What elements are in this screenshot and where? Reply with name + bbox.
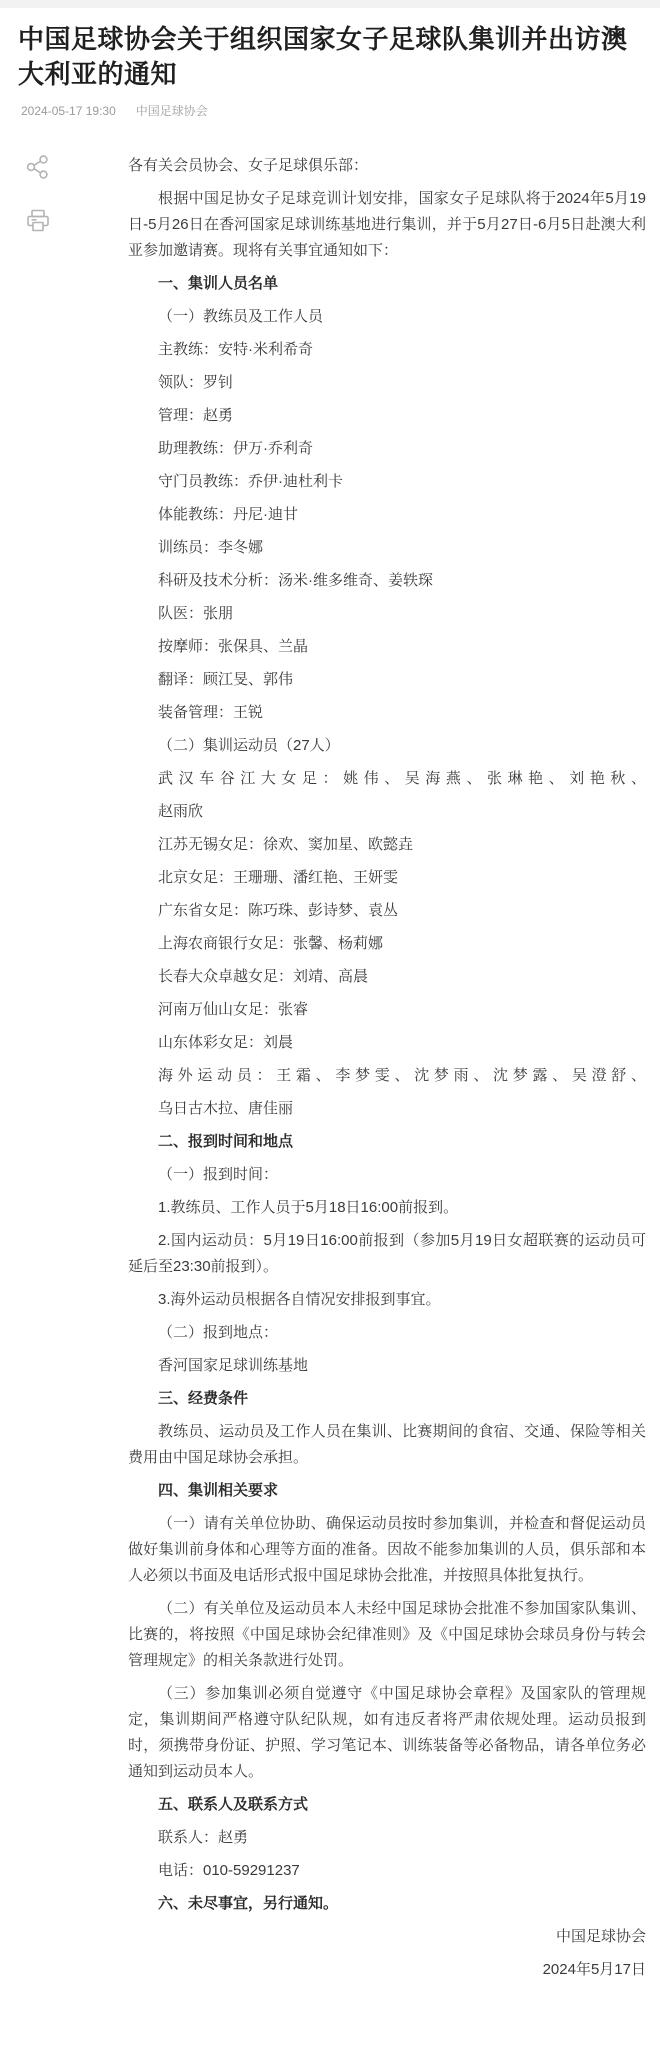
paragraph: 赵雨欣: [128, 799, 646, 825]
paragraph: 1.教练员、工作人员于5月18日16:00前报到。: [128, 1195, 646, 1221]
paragraph: 海外运动员：王霜、李梦雯、沈梦雨、沈梦露、吴澄舒、: [128, 1063, 646, 1089]
sub-heading: （一）教练员及工作人员: [128, 304, 646, 330]
sub-heading: （二）报到地点：: [128, 1320, 646, 1346]
section-heading: 一、集训人员名单: [128, 271, 646, 297]
print-button[interactable]: [24, 207, 52, 235]
paragraph: 队医：张朋: [128, 601, 646, 627]
paragraph: 按摩师：张保具、兰晶: [128, 634, 646, 660]
action-rail: [0, 153, 128, 2046]
paragraph: 领队：罗钊: [128, 370, 646, 396]
article-body-row: 各有关会员协会、女子足球俱乐部：根据中国足协女子足球竞训计划安排，国家女子足球队…: [0, 153, 660, 2046]
paragraph: 乌日古木拉、唐佳丽: [128, 1096, 646, 1122]
paragraph: 香河国家足球训练基地: [128, 1353, 646, 1379]
paragraph: 科研及技术分析：汤米·维多维奇、姜轶琛: [128, 568, 646, 594]
paragraph: 教练员、运动员及工作人员在集训、比赛期间的食宿、交通、保险等相关费用由中国足球协…: [128, 1419, 646, 1471]
paragraph: 长春大众卓越女足：刘靖、高晨: [128, 964, 646, 990]
signature-line: 中国足球协会: [128, 1924, 646, 1950]
paragraph: 守门员教练：乔伊·迪杜利卡: [128, 469, 646, 495]
share-icon: [24, 153, 52, 181]
paragraph: （三）参加集训必须自觉遵守《中国足球协会章程》及国家队的管理规定，集训期间严格遵…: [128, 1681, 646, 1785]
share-button[interactable]: [24, 153, 52, 181]
paragraph: 武汉车谷江大女足：姚伟、吴海燕、张琳艳、刘艳秋、: [128, 766, 646, 792]
section-heading: 三、经费条件: [128, 1386, 646, 1412]
paragraph: 训练员：李冬娜: [128, 535, 646, 561]
publish-source[interactable]: 中国足球协会: [136, 102, 208, 119]
signature-line: 2024年5月17日: [128, 1957, 646, 1983]
top-divider: [0, 0, 660, 8]
article-page: 中国足球协会关于组织国家女子足球队集训并出访澳大利亚的通知 2024-05-17…: [0, 0, 660, 2046]
article-meta: 2024-05-17 19:30 中国足球协会: [21, 102, 634, 119]
page-title: 中国足球协会关于组织国家女子足球队集训并出访澳大利亚的通知: [18, 22, 634, 92]
paragraph: 山东体彩女足：刘晨: [128, 1030, 646, 1056]
paragraph: 2.国内运动员：5月19日16:00前报到（参加5月19日女超联赛的运动员可延后…: [128, 1228, 646, 1280]
paragraph: 管理：赵勇: [128, 403, 646, 429]
paragraph: 助理教练：伊万·乔利奇: [128, 436, 646, 462]
paragraph: （一）请有关单位协助、确保运动员按时参加集训，并检查和督促运动员做好集训前身体和…: [128, 1511, 646, 1589]
salutation: 各有关会员协会、女子足球俱乐部：: [128, 153, 646, 179]
publish-date: 2024-05-17 19:30: [21, 104, 116, 118]
sub-heading: （一）报到时间：: [128, 1162, 646, 1188]
section-heading: 四、集训相关要求: [128, 1478, 646, 1504]
paragraph: 江苏无锡女足：徐欢、窦加星、欧懿垚: [128, 832, 646, 858]
paragraph: 广东省女足：陈巧珠、彭诗梦、袁丛: [128, 898, 646, 924]
section-heading: 五、联系人及联系方式: [128, 1792, 646, 1818]
paragraph: 体能教练：丹尼·迪甘: [128, 502, 646, 528]
sub-heading: （二）集训运动员（27人）: [128, 733, 646, 759]
paragraph: 主教练：安特·米利希奇: [128, 337, 646, 363]
print-icon: [24, 207, 52, 235]
section-heading: 六、未尽事宜，另行通知。: [128, 1891, 646, 1917]
section-heading: 二、报到时间和地点: [128, 1129, 646, 1155]
paragraph: 翻译：顾江旻、郭伟: [128, 667, 646, 693]
paragraph: 联系人：赵勇: [128, 1825, 646, 1851]
paragraph: 电话：010-59291237: [128, 1858, 646, 1884]
paragraph: 河南万仙山女足：张睿: [128, 997, 646, 1023]
article-header: 中国足球协会关于组织国家女子足球队集训并出访澳大利亚的通知 2024-05-17…: [0, 8, 660, 119]
paragraph: （二）有关单位及运动员本人未经中国足球协会批准不参加国家队集训、比赛的，将按照《…: [128, 1596, 646, 1674]
paragraph: 上海农商银行女足：张馨、杨莉娜: [128, 931, 646, 957]
paragraph: 根据中国足协女子足球竞训计划安排，国家女子足球队将于2024年5月19日-5月2…: [128, 186, 646, 264]
paragraph: 装备管理：王锐: [128, 700, 646, 726]
paragraph: 3.海外运动员根据各自情况安排报到事宜。: [128, 1287, 646, 1313]
paragraph: 北京女足：王珊珊、潘红艳、王妍雯: [128, 865, 646, 891]
article-content: 各有关会员协会、女子足球俱乐部：根据中国足协女子足球竞训计划安排，国家女子足球队…: [128, 153, 660, 2046]
